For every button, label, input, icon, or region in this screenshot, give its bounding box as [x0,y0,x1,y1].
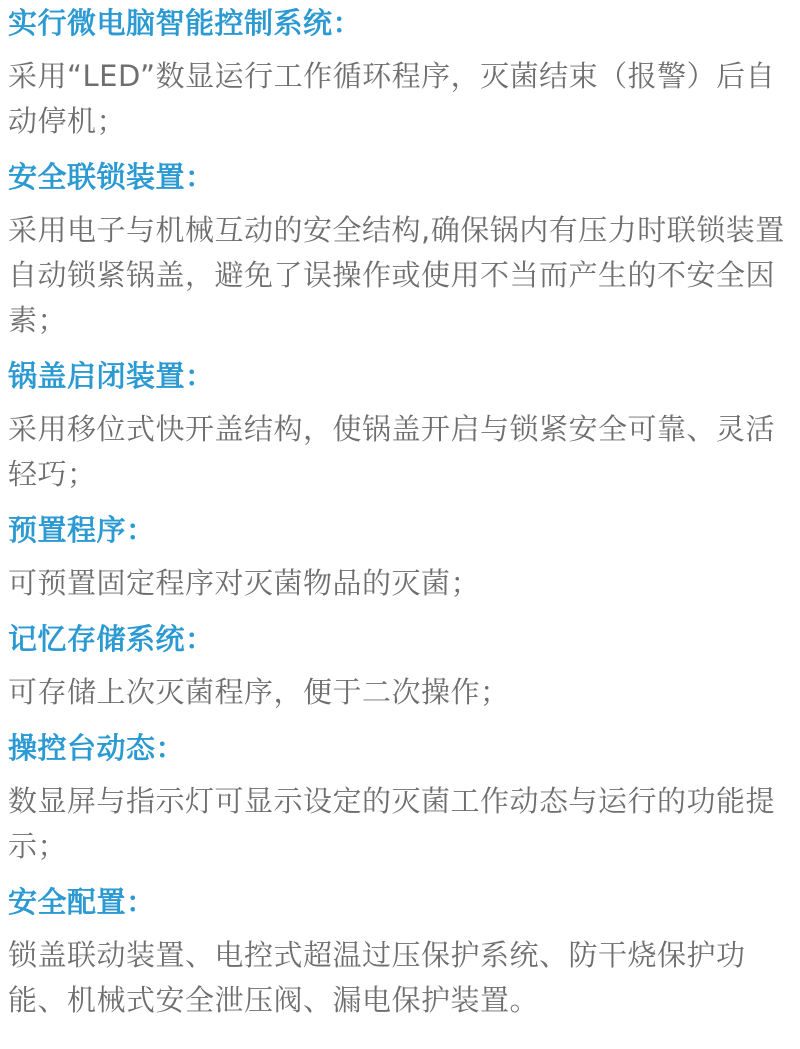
section-heading: 预置程序： [8,513,790,547]
section-heading: 操控台动态： [8,731,790,765]
section-body: 可预置固定程序对灭菌物品的灭菌； [8,561,790,606]
section-heading: 实行微电脑智能控制系统： [8,6,790,40]
section-heading: 安全联锁装置： [8,160,790,194]
feature-section-microcomputer-control: 实行微电脑智能控制系统： 采用“LED”数显运行工作循环程序，灭菌结束（报警）后… [8,6,790,144]
section-heading: 安全配置： [8,885,790,919]
section-body: 采用移位式快开盖结构，使锅盖开启与锁紧安全可靠、灵活轻巧； [8,407,790,497]
feature-section-safety-interlock: 安全联锁装置： 采用电子与机械互动的安全结构,确保锅内有压力时联锁装置自动锁紧锅… [8,160,790,343]
section-heading: 锅盖启闭装置： [8,359,790,393]
section-body: 可存储上次灭菌程序，便于二次操作； [8,670,790,715]
feature-section-preset-program: 预置程序： 可预置固定程序对灭菌物品的灭菌； [8,513,790,606]
section-body: 采用“LED”数显运行工作循环程序，灭菌结束（报警）后自动停机； [8,54,790,144]
section-body: 数显屏与指示灯可显示设定的灭菌工作动态与运行的功能提示； [8,779,790,869]
section-heading: 记忆存储系统： [8,622,790,656]
section-body: 采用电子与机械互动的安全结构,确保锅内有压力时联锁装置自动锁紧锅盖，避免了误操作… [8,208,790,343]
product-features-document: 实行微电脑智能控制系统： 采用“LED”数显运行工作循环程序，灭菌结束（报警）后… [0,0,800,1049]
feature-section-memory-storage: 记忆存储系统： 可存储上次灭菌程序，便于二次操作； [8,622,790,715]
section-body: 锁盖联动装置、电控式超温过压保护系统、防干烧保护功能、机械式安全泄压阀、漏电保护… [8,933,790,1023]
feature-section-console-status: 操控台动态： 数显屏与指示灯可显示设定的灭菌工作动态与运行的功能提示； [8,731,790,869]
feature-section-safety-configuration: 安全配置： 锁盖联动装置、电控式超温过压保护系统、防干烧保护功能、机械式安全泄压… [8,885,790,1023]
feature-section-lid-opening-device: 锅盖启闭装置： 采用移位式快开盖结构，使锅盖开启与锁紧安全可靠、灵活轻巧； [8,359,790,497]
